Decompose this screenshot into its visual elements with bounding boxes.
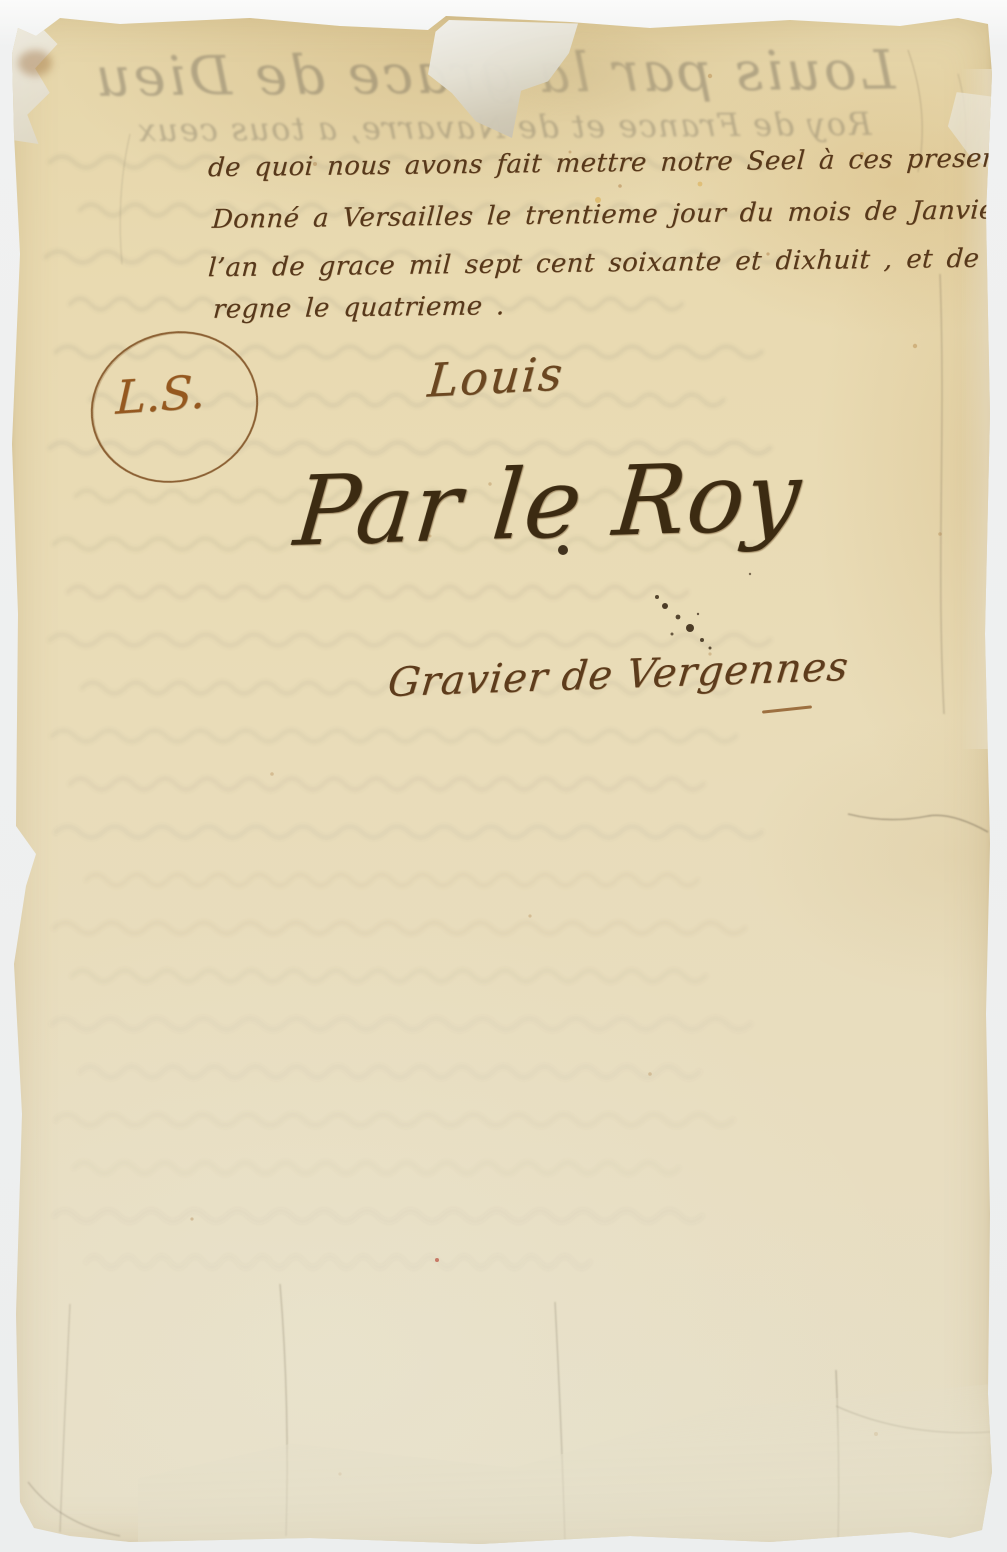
- countersignature: Gravier de Vergennes: [386, 644, 851, 706]
- royal-signature: Louis: [426, 346, 567, 407]
- foxing-specks: [190, 74, 941, 1476]
- document-page: Louis par la grace de Dieu Roy de France…: [10, 14, 992, 1545]
- corner-smudge: [18, 50, 52, 76]
- closing-line-4: regne le quatrieme .: [212, 291, 506, 325]
- authority-formula: Par le Roy: [290, 440, 806, 568]
- ghost-body-lines: [46, 157, 780, 1268]
- paper-texture-overlay: [10, 14, 992, 1545]
- bottom-wear-band: [138, 1370, 992, 1545]
- seal-mark-ls: L.S.: [115, 364, 206, 425]
- ink-spatter: [558, 545, 751, 650]
- closing-line-2: Donné a Versailles le trentieme jour du …: [211, 195, 1007, 235]
- signature-flourish: [762, 705, 812, 713]
- seal-placeholder-oval: L.S.: [72, 311, 277, 504]
- closing-line-1: de quoi nous avons fait mettre notre See…: [207, 143, 1007, 183]
- scan-background: Louis par la grace de Dieu Roy de France…: [0, 0, 1007, 1552]
- closing-line-3: l’an de grace mil sept cent soixante et …: [207, 243, 1007, 284]
